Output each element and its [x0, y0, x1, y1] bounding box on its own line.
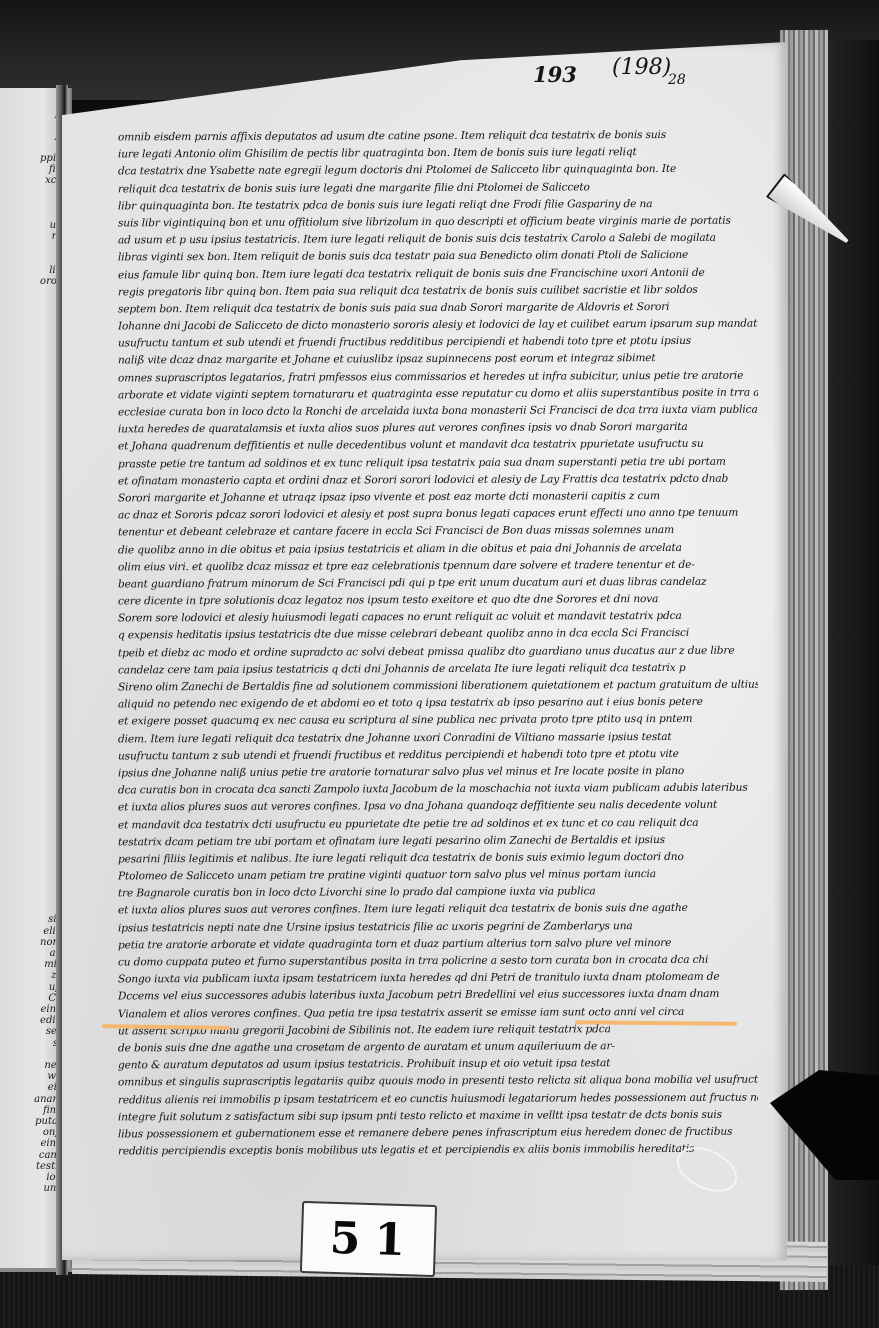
manuscript-line: q expensis heditatis ipsius testatricis …: [118, 625, 758, 645]
manuscript-line: tenentur et debeant celebraze et cantare…: [118, 522, 758, 542]
manuscript-line: et iuxta alios plures suos aut verores c…: [118, 900, 758, 920]
left-page-fragment: r: [0, 287, 62, 298]
left-page-fragment: an: [0, 948, 62, 959]
left-page-fragment: ppia: [0, 153, 62, 164]
left-page-fragment: oros: [0, 276, 62, 287]
manuscript-line: Dccems vel eius successores adubis later…: [118, 986, 758, 1006]
manuscript-line: omnibus et singulis suprascriptis legata…: [118, 1072, 758, 1092]
left-page-fragment: onß: [0, 1127, 62, 1138]
folio-number-old: (198): [612, 55, 671, 80]
manuscript-text-block: omnib eisdem parnis affixis deputatos ad…: [118, 128, 758, 1159]
left-page-fragment: putat: [0, 1116, 62, 1127]
folio-number: 193: [533, 62, 577, 87]
left-page-fragment: zy: [0, 970, 62, 981]
manuscript-line: naliß vite dcaz dnaz margarite et Johane…: [118, 350, 758, 370]
left-page-fragment: eine: [0, 1004, 62, 1015]
left-page-fragment: cans: [0, 1150, 62, 1161]
left-page-fragment: eine: [0, 1138, 62, 1149]
left-page-fragment: wo: [0, 1071, 62, 1082]
left-page-fragment: sic: [0, 914, 62, 925]
left-page-fragment: anam: [0, 1094, 62, 1105]
left-page-fragment: ses: [0, 1026, 62, 1037]
left-page-fragment: mis: [0, 959, 62, 970]
left-page-fragment: edin: [0, 1015, 62, 1026]
left-page-fragment: y: [0, 209, 62, 220]
left-page-fragment: ion: [0, 1172, 62, 1183]
manuscript-line: redditis percipiendis exceptis bonis mob…: [118, 1141, 758, 1161]
left-page-fragment: ß: [0, 108, 62, 119]
left-page-fragment: nom: [0, 937, 62, 948]
manuscript-line: et exigere posset quacumq ex nec causa e…: [118, 711, 758, 731]
left-page-fragment: testif: [0, 1161, 62, 1172]
left-page-fragment: Ca: [0, 993, 62, 1004]
left-page-fragment: st: [0, 1038, 62, 1049]
left-page-fragment: ua: [0, 220, 62, 231]
left-page-fragment: elib: [0, 926, 62, 937]
folio-number-small: 28: [668, 72, 686, 88]
left-page-fragment: xcc: [0, 175, 62, 186]
shelf-number-label: 51: [300, 1201, 437, 1277]
left-page-fragment: fine: [0, 1105, 62, 1116]
left-page-fragment: ß: [0, 130, 62, 141]
left-page-fragment: lib: [0, 265, 62, 276]
left-page-fragment: uny: [0, 1183, 62, 1194]
left-page-fragment: nez: [0, 1060, 62, 1071]
left-page-fragment: fiu: [0, 164, 62, 175]
manuscript-line: dca testatrix dne Ysabette nate egregii …: [118, 161, 758, 181]
manuscript-line: et iuxta alios plures suos aut verores c…: [118, 797, 758, 817]
manuscript-line: et Johana quadrenum deffitientis et null…: [118, 436, 758, 456]
left-page-fragment: uß: [0, 982, 62, 993]
left-page-fragment: ry: [0, 231, 62, 242]
manuscript-line: libras viginti sex bon. Item reliquit de…: [118, 247, 758, 267]
left-page-fragment: eis: [0, 1082, 62, 1093]
